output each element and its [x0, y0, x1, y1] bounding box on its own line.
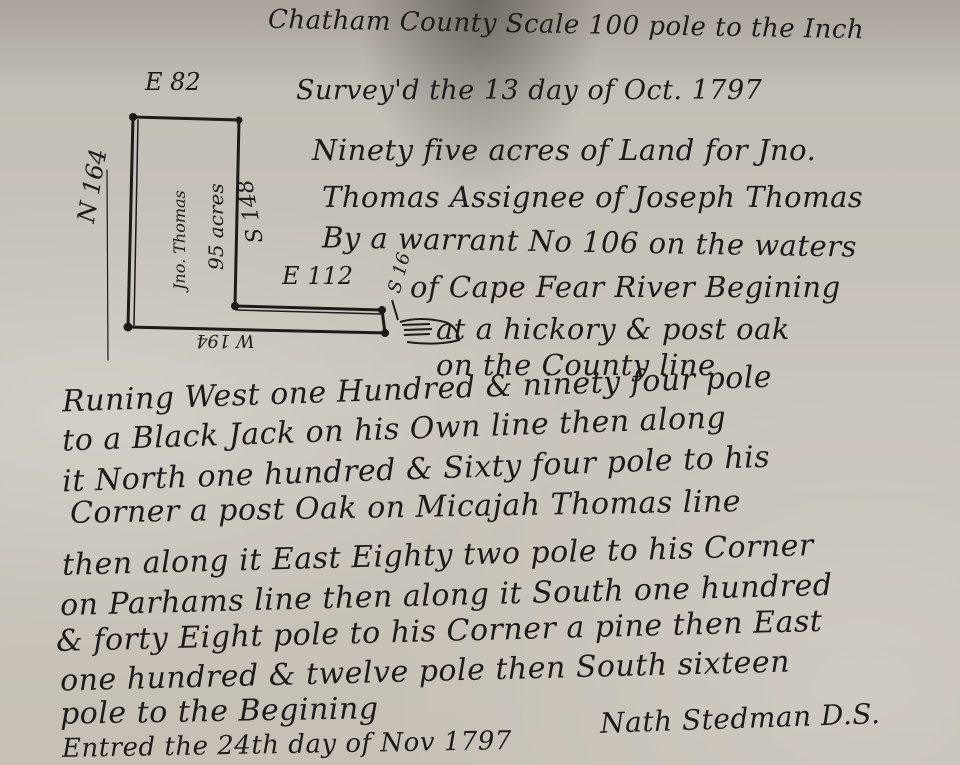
plat-label-inner-east: E 112 [282, 262, 353, 290]
plat-acres-label: 95 acres [204, 183, 228, 270]
scanned-document: E 82 E 112 N 164 S 148 W 194 Jno. Thomas… [0, 0, 960, 765]
header-line-survey-date: Survey'd the 13 day of Oct. 1797 [296, 75, 762, 106]
body-line: pole to the Begining [60, 691, 379, 732]
body-line: Thomas Assignee of Joseph Thomas [322, 180, 863, 214]
plat-label-top: E 82 [145, 68, 201, 96]
plat-owner-label: Jno. Thomas [170, 190, 189, 290]
plat-label-bottom: W 194 [196, 330, 255, 351]
body-line: of Cape Fear River Begining [410, 270, 841, 304]
body-line: at a hickory & post oak [436, 312, 790, 346]
body-line: Ninety five acres of Land for Jno. [312, 133, 816, 167]
